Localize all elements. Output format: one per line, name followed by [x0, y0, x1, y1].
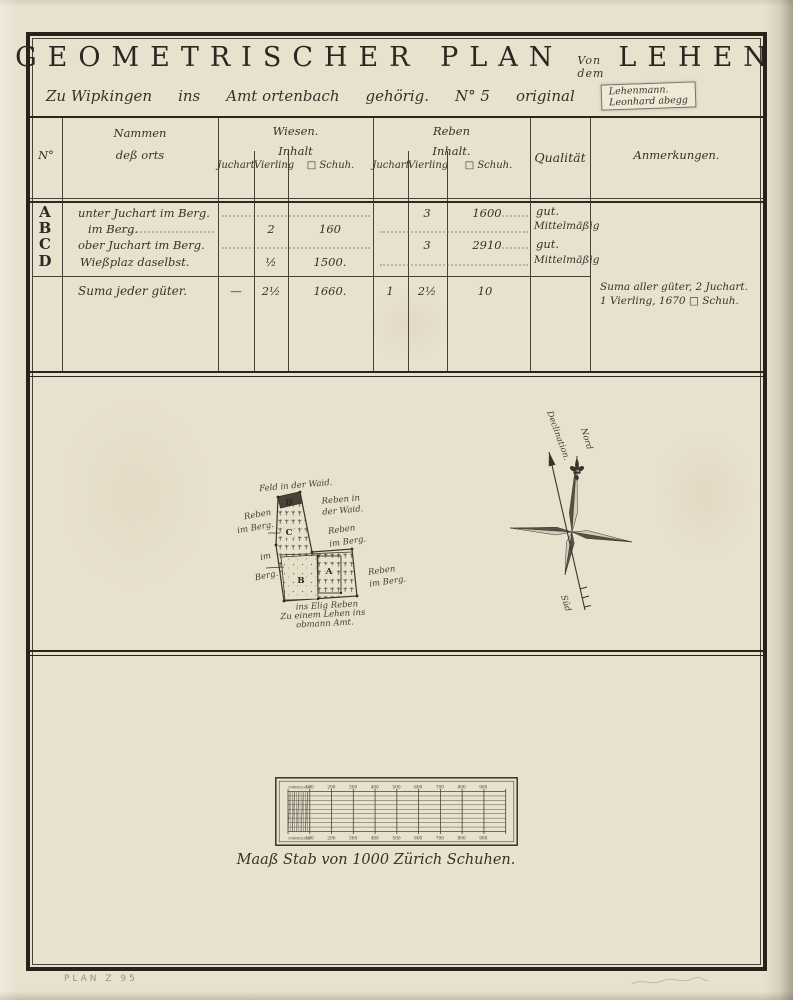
parcel-label-b: B	[297, 576, 304, 586]
row-d-qualitaet: Mittelmäßig	[534, 254, 599, 266]
row-letter-d: D	[30, 252, 60, 270]
svg-text:400: 400	[371, 837, 379, 842]
svg-text:900: 900	[479, 837, 487, 842]
header-name-1: Nammen	[62, 126, 218, 140]
header-wiesen-schuh: □ Schuh.	[288, 160, 373, 171]
svg-text:200: 200	[327, 837, 335, 842]
dotted-leader	[380, 264, 528, 266]
svg-text:400: 400	[371, 786, 379, 791]
header-reben-inhalt: Inhalt.	[373, 144, 530, 158]
header-wiesen-vierling: Vierling	[254, 160, 288, 171]
row-d-name: Wießplaz daselbst.	[80, 255, 190, 269]
header-name-2: deß orts	[62, 148, 218, 162]
map-caption-3: obmann Amt.	[296, 618, 354, 631]
row-a-name: unter Juchart im Berg.	[78, 206, 210, 220]
svg-text:600: 600	[414, 786, 422, 791]
scale-major-labels-bottom: 100 200 300 400 500 600 700 800 900	[306, 837, 488, 842]
suma-reben-vierling: 2½	[405, 284, 449, 298]
dotted-leader	[222, 215, 370, 217]
map-label-feld: Feld in der Waid.	[258, 478, 333, 494]
suma-anmerkung-2: 1 Vierling, 1670 □ Schuh.	[600, 295, 739, 307]
suma-separator-line	[32, 276, 590, 277]
dotted-leader	[498, 215, 528, 217]
subtitle-word: gehörig.	[365, 87, 429, 105]
map-label-lowerleft-1: im	[259, 551, 272, 563]
compass-north-label: Nord	[578, 426, 594, 452]
dotted-leader	[222, 247, 370, 249]
header-anmerkungen: Anmerkungen.	[590, 148, 763, 162]
map-label-topright-2: der Waid.	[322, 504, 364, 518]
title-section: GEOMETRISCHER PLAN Von dem LEHEN Zu Wipk…	[30, 36, 763, 118]
header-wiesen-inhalt: Inhalt	[218, 144, 373, 158]
svg-text:300: 300	[349, 786, 357, 791]
header-reben-vierling: Vierling	[408, 160, 447, 171]
svg-text:100: 100	[306, 786, 314, 791]
dotted-leader	[498, 247, 528, 249]
header-qualitaet: Qualität	[530, 150, 590, 165]
svg-text:200: 200	[327, 786, 335, 791]
map-section: D C B A Feld in der Waid. Reben in der W…	[30, 372, 763, 650]
land-register-table: N° Nammen deß orts Wiesen. Inhalt Juchar…	[30, 118, 763, 373]
header-wiesen: Wiesen.	[218, 124, 373, 138]
row-a-qualitaet: gut.	[536, 204, 559, 218]
map-label-right-1: Reben	[326, 523, 356, 537]
compass-rose: Nord Declination. Süd	[510, 409, 632, 614]
row-c-reben-schuh: 2910	[465, 238, 509, 252]
slip-line2: Leonhard abegg	[609, 95, 688, 109]
parcel-label-d: D	[285, 498, 293, 508]
row-b-qualitaet: Mittelmäßig	[534, 220, 599, 232]
subtitle-number: N° 5	[455, 87, 490, 105]
scale-grid	[288, 789, 506, 834]
parcel-label-a: A	[325, 567, 333, 577]
subtitle-word: ins	[178, 87, 200, 105]
row-b-wiesen-schuh: 160	[308, 222, 352, 236]
suma-reben-schuh: 10	[463, 284, 507, 298]
svg-text:900: 900	[479, 786, 487, 791]
scale-caption: Maaß Stab von 1000 Zürich Schuhen.	[201, 852, 551, 868]
svg-text:600: 600	[414, 837, 422, 842]
subcolumn-line	[447, 151, 448, 371]
header-reben-juchart: Juchart	[371, 160, 411, 171]
svg-text:300: 300	[349, 837, 357, 842]
svg-text:800: 800	[457, 837, 465, 842]
suma-wiesen-schuh: 1660.	[308, 284, 352, 298]
plan-frame: GEOMETRISCHER PLAN Von dem LEHEN Zu Wipk…	[26, 32, 767, 971]
row-c-reben-vierling: 3	[405, 238, 449, 252]
svg-text:100: 100	[306, 837, 314, 842]
row-d-wiesen-vierling: ½	[249, 255, 293, 269]
map-label-right-2: im Berg.	[329, 534, 367, 549]
header-no: N°	[30, 148, 62, 162]
subcolumn-line	[408, 151, 409, 371]
faint-signature-mark	[630, 975, 710, 989]
compass-south-label: Süd	[558, 594, 573, 613]
parcel-label-c: C	[286, 528, 293, 538]
subtitle-place: Zu Wipkingen	[46, 87, 152, 105]
archive-pencil-note: PLAN Z 95	[64, 974, 138, 984]
svg-text:700: 700	[436, 837, 444, 842]
header-reben: Reben	[373, 124, 530, 138]
subtitle-word: original	[516, 87, 575, 105]
header-rule	[30, 198, 763, 199]
section-divider	[30, 650, 763, 656]
svg-text:500: 500	[392, 837, 400, 842]
svg-text:500: 500	[392, 786, 400, 791]
row-c-name: ober Juchart im Berg.	[78, 238, 205, 252]
title-suffix: LEHEN	[618, 42, 778, 73]
header-wiesen-juchart: Juchart	[216, 160, 256, 171]
dotted-leader	[120, 231, 214, 233]
header-reben-schuh: □ Schuh.	[447, 160, 530, 171]
row-c-qualitaet: gut.	[536, 237, 559, 251]
svg-text:700: 700	[436, 786, 444, 791]
row-b-name: im Berg.	[88, 222, 138, 236]
row-letter-c: C	[30, 235, 60, 253]
title-connector: Von dem	[577, 54, 604, 80]
scale-bar: 50 40 30 20 10 100 200 300 400 500 600 7…	[275, 777, 518, 846]
suma-wiesen-vierling: 2½	[249, 284, 293, 298]
main-title: GEOMETRISCHER PLAN Von dem LEHEN	[30, 42, 763, 82]
subtitle: Zu Wipkingen ins Amt ortenbach gehörig. …	[46, 83, 756, 109]
row-b-wiesen-vierling: 2	[249, 222, 293, 236]
row-a-reben-schuh: 1600	[465, 206, 509, 220]
title-main: GEOMETRISCHER PLAN	[15, 42, 563, 73]
compass-declination-label: Declination.	[544, 409, 572, 462]
subtitle-amt: Amt ortenbach	[226, 87, 339, 105]
row-a-reben-vierling: 3	[405, 206, 449, 220]
map-label-left-2: im Berg.	[237, 520, 275, 536]
suma-name: Suma jeder güter.	[78, 284, 187, 298]
header-rule	[30, 201, 763, 203]
map-label-lowerleft-2: Berg.	[253, 569, 279, 584]
compass-star	[510, 456, 632, 575]
dotted-leader	[380, 231, 528, 233]
lehenmann-slip: Lehenmann. Leonhard abegg	[600, 81, 696, 110]
scale-major-labels-top: 100 200 300 400 500 600 700 800 900	[306, 786, 488, 791]
svg-text:800: 800	[457, 786, 465, 791]
suma-anmerkung-1: Suma aller güter, 2 Juchart.	[600, 281, 748, 293]
fleur-de-lis-icon	[570, 458, 584, 481]
row-d-wiesen-schuh: 1500.	[308, 255, 352, 269]
